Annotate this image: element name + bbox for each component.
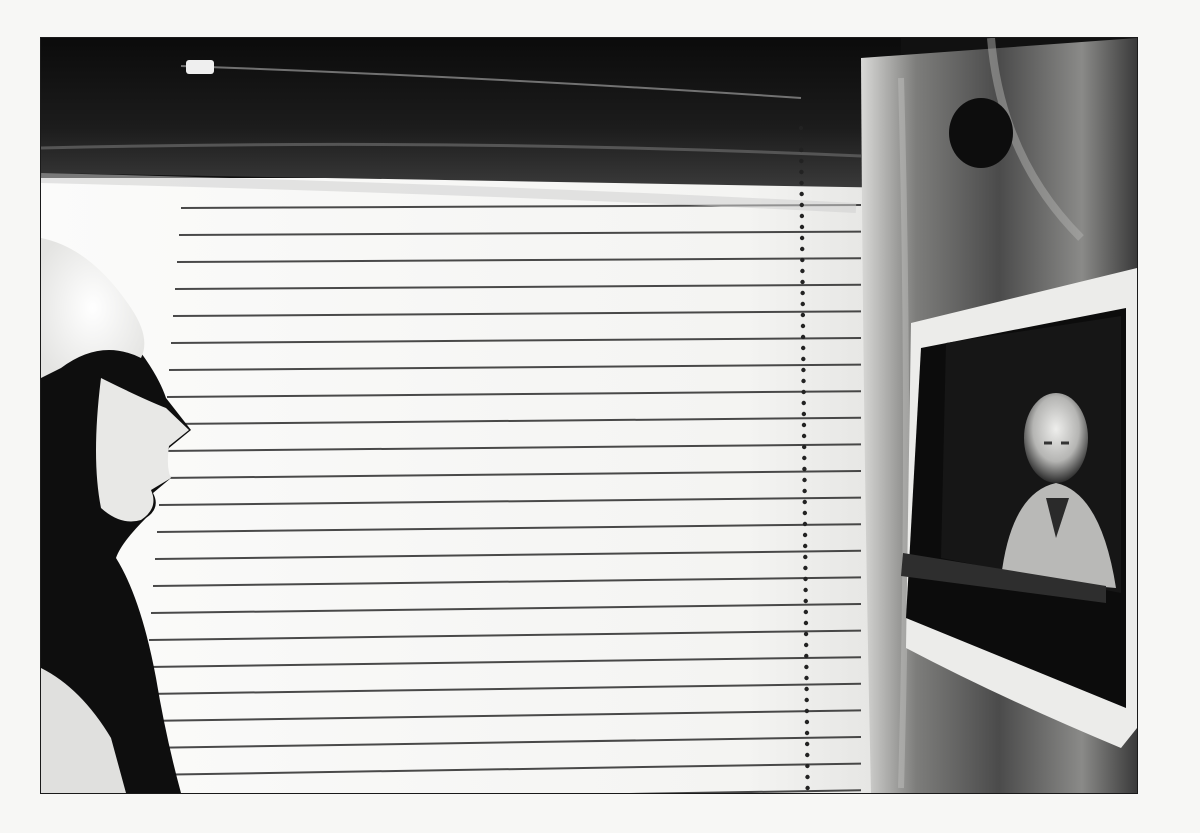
photograph	[40, 37, 1138, 794]
valance	[41, 38, 901, 188]
photo-scene	[41, 38, 1137, 793]
knob	[949, 98, 1013, 168]
window-blinds	[41, 178, 871, 793]
